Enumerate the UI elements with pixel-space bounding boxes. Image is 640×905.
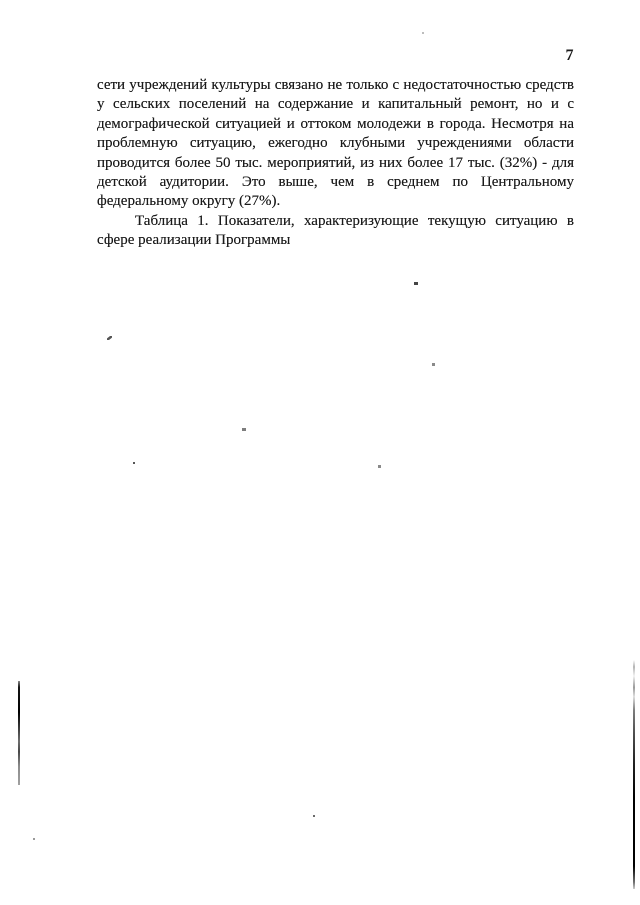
paragraph-line: детской аудитории. Это выше, чем в средн…	[97, 173, 574, 192]
caption-line: Таблица 1. Показатели, характеризующие т…	[97, 212, 574, 231]
scan-artifact-line-right	[633, 660, 635, 889]
document-page: 7 сети учреждений культуры связано не то…	[0, 0, 640, 905]
scan-speck	[414, 282, 418, 285]
paragraph-line: сети учреждений культуры связано не толь…	[97, 76, 574, 95]
scan-speck	[33, 838, 35, 840]
table-caption: Таблица 1. Показатели, характеризующие т…	[97, 212, 574, 251]
scan-speck	[107, 336, 112, 340]
scan-speck	[378, 465, 381, 468]
paragraph-line: у сельских поселений на содержание и кап…	[97, 95, 574, 114]
paragraph-line: проблемную ситуацию, ежегодно клубными у…	[97, 134, 574, 153]
scan-speck	[422, 32, 424, 34]
scan-speck	[313, 815, 315, 817]
scan-speck	[133, 462, 135, 464]
paragraph-line: федеральному округу (27%).	[97, 192, 574, 211]
paragraph: сети учреждений культуры связано не толь…	[97, 76, 574, 212]
caption-line: сфере реализации Программы	[97, 231, 574, 250]
page-number: 7	[540, 47, 574, 65]
scan-artifact-line-left	[18, 681, 20, 785]
scan-speck	[432, 363, 435, 366]
paragraph-line: проводится более 50 тыс. мероприятий, из…	[97, 154, 574, 173]
paragraph-line: демографической ситуацией и оттоком моло…	[97, 115, 574, 134]
scan-speck	[242, 428, 246, 431]
